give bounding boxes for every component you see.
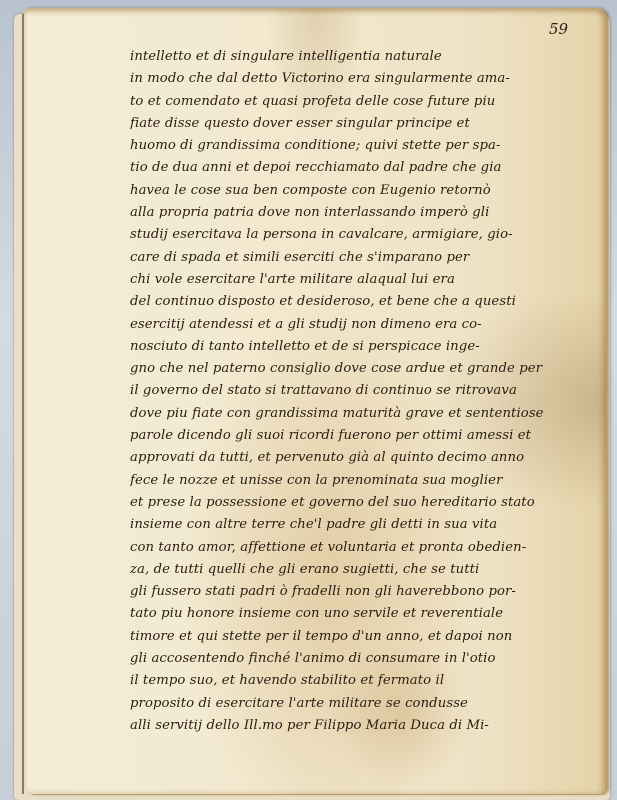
text-line: chi vole esercitare l'arte militare alaq… bbox=[130, 269, 600, 291]
text-line: care di spada et simili eserciti che s'i… bbox=[130, 247, 600, 269]
text-line: intelletto et di singulare intelligentia… bbox=[130, 46, 600, 68]
text-line: esercitij atendessi et a gli studij non … bbox=[130, 314, 600, 336]
text-line: il governo del stato si trattavano di co… bbox=[130, 380, 600, 402]
text-line: za, de tutti quelli che gli erano sugiet… bbox=[130, 559, 600, 581]
text-line: con tanto amor, affettione et voluntaria… bbox=[130, 537, 600, 559]
text-line: to et comendato et quasi profeta delle c… bbox=[130, 91, 600, 113]
text-line: tio de dua anni et depoi recchiamato dal… bbox=[130, 157, 600, 179]
text-line: approvati da tutti, et pervenuto già al … bbox=[130, 447, 600, 469]
folio-number: 59 bbox=[549, 20, 568, 38]
text-line: parole dicendo gli suoi ricordi fuerono … bbox=[130, 425, 600, 447]
text-line: insieme con altre terre che'l padre gli … bbox=[130, 514, 600, 536]
text-line: il tempo suo, et havendo stabilito et fe… bbox=[130, 670, 600, 692]
text-line: gno che nel paterno consiglio dove cose … bbox=[130, 358, 600, 380]
text-line: alla propria patria dove non interlassan… bbox=[130, 202, 600, 224]
text-line: studij esercitava la persona in cavalcar… bbox=[130, 224, 600, 246]
text-line: dove piu fiate con grandissima maturità … bbox=[130, 403, 600, 425]
text-line: huomo di grandissima conditione; quivi s… bbox=[130, 135, 600, 157]
text-line: nosciuto di tanto intelletto et de si pe… bbox=[130, 336, 600, 358]
text-line: tato piu honore insieme con uno servile … bbox=[130, 603, 600, 625]
text-line: del continuo disposto et desideroso, et … bbox=[130, 291, 600, 313]
text-line: gli fussero stati padri ò fradelli non g… bbox=[130, 581, 600, 603]
text-line: gli accosentendo finché l'animo di consu… bbox=[130, 648, 600, 670]
text-line: fece le nozze et unisse con la prenomina… bbox=[130, 470, 600, 492]
text-line: proposito di esercitare l'arte militare … bbox=[130, 693, 600, 715]
text-line: alli servitij dello Ill.mo per Filippo M… bbox=[130, 715, 600, 737]
text-line: et prese la possessione et governo del s… bbox=[130, 492, 600, 514]
manuscript-text: intelletto et di singulare intelligentia… bbox=[130, 46, 600, 737]
text-line: havea le cose sua ben composte con Eugen… bbox=[130, 180, 600, 202]
text-line: in modo che dal detto Victorino era sing… bbox=[130, 68, 600, 90]
text-line: timore et qui stette per il tempo d'un a… bbox=[130, 626, 600, 648]
text-line: fiate disse questo dover esser singular … bbox=[130, 113, 600, 135]
